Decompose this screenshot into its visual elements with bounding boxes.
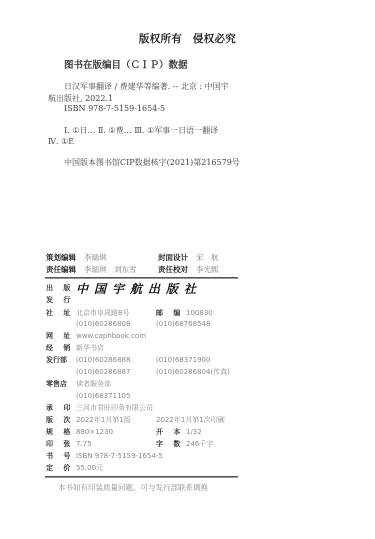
phone-value: (010)60286808 — [76, 319, 130, 330]
retail-phone: (010)68371105 — [76, 391, 130, 402]
sales-label: 发行部 — [46, 355, 72, 366]
retail-label: 零售店 — [46, 379, 72, 390]
distributor-value: 新华书店 — [76, 343, 104, 354]
credit-row: 责任编辑 李瑞琪 刘东雪 责任校对 李光熙 — [46, 264, 246, 276]
sheets-value: 7.75 — [76, 439, 92, 450]
sales-phone: (010)68371900 — [156, 355, 210, 366]
responsible-editor-label: 责任编辑 — [46, 264, 76, 275]
cip-isbn: ISBN 978-7-5159-1654-5 — [64, 104, 165, 113]
cip-line: 航出版社, 2022.1 — [48, 93, 113, 104]
website-label: 网 址 — [46, 331, 72, 342]
planning-editor-value: 李瑞琪 — [84, 252, 107, 263]
quality-notice: 本书如有印装质量问题，可与发行部联系调换 — [58, 482, 208, 493]
responsible-editor-value: 李瑞琪 刘东雪 — [84, 264, 137, 275]
cip-classification: Ⅳ. ①E — [48, 137, 74, 146]
cip-classification: Ⅰ. ①日… Ⅱ. ①费… Ⅲ. ①军事一日语一翻译 — [64, 125, 218, 136]
words-label: 字 数 — [156, 439, 184, 450]
sales-phone: (010)60286888 — [76, 355, 130, 366]
cip-heading: 图书在版编目（ＣＩＰ）数据 — [64, 57, 188, 71]
sales-row: (010)60286887 (010)60286804(传真) — [46, 367, 266, 378]
format-value: 880×1230 — [76, 427, 113, 438]
credits-block: 策划编辑 李瑞琪 封面设计 宋 航 责任编辑 李瑞琪 刘东雪 责任校对 李光熙 — [46, 252, 246, 276]
printer-value: 三河市君旺印务有限公司 — [76, 403, 153, 414]
words-value: 246千字 — [186, 439, 213, 450]
isbn-label: 书 号 — [46, 451, 72, 462]
printing-value: 2022年1月第1次印刷 — [156, 415, 225, 426]
phone-value: (010)68768548 — [156, 319, 210, 330]
edition-row: 版 次 2022年1月第1版 2022年1月第1次印刷 — [46, 415, 266, 426]
cover-design-value: 宋 航 — [196, 252, 219, 263]
printer-label: 承 印 — [46, 403, 72, 414]
publisher-label: 出 版 — [46, 283, 72, 294]
price-value: 55.00元 — [76, 463, 103, 474]
price-label: 定 价 — [46, 463, 72, 474]
distributor-label: 经 销 — [46, 343, 72, 354]
retail-value: 读者服务部 — [76, 379, 111, 390]
proofreader-label: 责任校对 — [158, 264, 188, 275]
size-value: 1/32 — [186, 427, 202, 438]
format-row: 规 格 880×1230 开 本 1/32 — [46, 427, 246, 438]
issuer-label: 发 行 — [46, 295, 72, 306]
credit-row: 策划编辑 李瑞琪 封面设计 宋 航 — [46, 252, 246, 264]
cip-record-number: 中国版本图书馆CIP数据核字(2021)第216579号 — [64, 157, 240, 168]
planning-editor-label: 策划编辑 — [46, 252, 76, 263]
sheets-row: 印 张 7.75 字 数 246千字 — [46, 439, 246, 450]
edition-value: 2022年1月第1版 — [76, 415, 131, 426]
divider-top — [45, 277, 238, 279]
cip-line: 日汉军事翻译 / 费建华等编著. -- 北京 : 中国宇 — [64, 81, 229, 92]
size-label: 开 本 — [156, 427, 184, 438]
format-label: 规 格 — [46, 427, 72, 438]
postcode-value: 100830 — [186, 308, 213, 319]
isbn-value: ISBN 978-7-5159-1654-5 — [76, 451, 163, 462]
address-label: 社 址 — [46, 308, 72, 319]
publisher-logo: 中国宇航出版社 — [76, 284, 202, 295]
divider-bottom — [45, 476, 238, 478]
edition-label: 版 次 — [46, 415, 72, 426]
sales-row: 发行部 (010)60286888 (010)68371900 — [46, 355, 246, 366]
address-row: 社 址 北京市阜成路8号 邮 编 100830 — [46, 308, 246, 319]
sheets-label: 印 张 — [46, 439, 72, 450]
sales-phone: (010)60286887 — [76, 367, 130, 378]
cover-design-label: 封面设计 — [158, 252, 188, 263]
sales-fax: (010)60286804(传真) — [156, 367, 230, 378]
copyright-notice: 版权所有 侵权必究 — [0, 31, 375, 46]
proofreader-value: 李光熙 — [196, 264, 219, 275]
website-value: www.caphbook.com — [76, 331, 146, 342]
postcode-label: 邮 编 — [156, 308, 184, 319]
phone-row: (010)60286808 (010)68768548 — [46, 319, 246, 330]
address-value: 北京市阜成路8号 — [76, 308, 129, 319]
